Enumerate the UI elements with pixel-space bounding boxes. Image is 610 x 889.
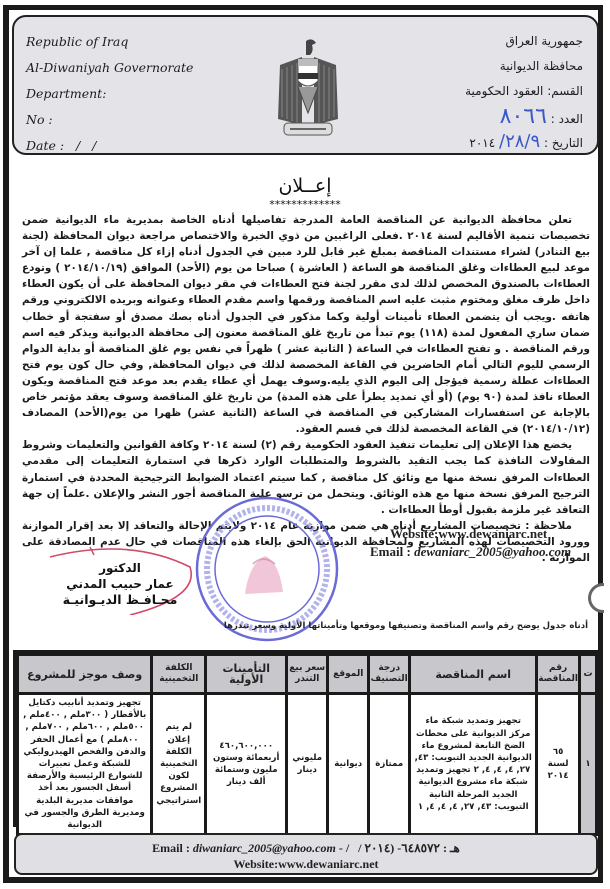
table-caption: أدناه جدول يوضح رقم واسم المناقصة وتصنيف…	[224, 621, 588, 631]
date-label-en: Date : / /	[26, 133, 193, 159]
issue-date: التاريخ : ٢٨/٩/ ٢٠١٤	[465, 129, 583, 154]
cell-serial: ١	[581, 695, 595, 833]
number-label-ar: العدد :	[551, 112, 583, 126]
department-ar: القسم: العقود الحكومية	[465, 79, 583, 104]
country-ar: جمهورية العراق	[465, 29, 583, 54]
table-header-row: ت رقم المناقصة اسم المناقصة درجة التصنيف…	[19, 656, 595, 692]
website-link[interactable]: Website:www.dewaniarc.net	[370, 525, 571, 543]
footer-email-label: Email :	[152, 841, 193, 855]
iraq-emblem-icon	[276, 35, 340, 139]
signature-block: الدكتور عمار حبيب المدني محـافـظ الديـوا…	[55, 560, 185, 608]
col-tender-name: اسم المناقصة	[411, 656, 535, 692]
col-estimated-cost: الكلفة التخمينية	[153, 656, 204, 692]
reference-number: العدد : ٨٠٦٦	[465, 104, 583, 129]
governorate-en: Al-Diwaniyah Governorate	[26, 55, 193, 81]
footer-separator: -	[336, 841, 346, 855]
number-label-en: No :	[26, 107, 193, 133]
tender-table: ت رقم المناقصة اسم المناقصة درجة التصنيف…	[13, 650, 601, 827]
col-location: الموقع	[329, 656, 367, 692]
footer-contact-bar: Email : diwaniarc_2005@yahoo.com - هـ : …	[14, 833, 598, 875]
date-year: ٢٠١٤	[469, 136, 495, 150]
announcement-title: إعــلان	[0, 175, 610, 197]
signatory-title: الدكتور	[55, 560, 185, 576]
country-en: Republic of Iraq	[26, 29, 193, 55]
paragraph-tender-details: تعلن محافظة الديوانية عن المناقصة العامة…	[22, 212, 590, 437]
cell-initial-deposit: ٤٦٠,٦٠٠,٠٠٠ أربعمائة وستون مليون وستمائة…	[207, 695, 285, 833]
department-label-en: Department:	[26, 81, 193, 107]
cell-estimated-cost: لم يتم إعلان الكلفة التخمينية لكون المشر…	[153, 695, 204, 833]
contact-block: Website:www.dewaniarc.net Email : dewani…	[370, 525, 571, 561]
table-row: ١ ٦٥ لسنة ٢٠١٤ تجهيز وتمديد شبكة ماء مرك…	[19, 695, 595, 833]
cell-tender-number: ٦٥ لسنة ٢٠١٤	[538, 695, 578, 833]
cell-classification: ممتازة	[370, 695, 408, 833]
col-tender-number: رقم المناقصة	[538, 656, 578, 692]
email-line: Email : dewaniarc_2005@yahoo.com	[370, 543, 571, 561]
email-link[interactable]: dewaniarc_2005@yahoo.com	[414, 544, 571, 559]
cell-description: تجهيز وتمديد أنابيب دكتايل بالأقطار ( ٣٠…	[19, 695, 150, 833]
letterhead-english: Republic of Iraq Al-Diwaniyah Governorat…	[26, 29, 193, 159]
signatory-name: عمار حبيب المدني	[55, 576, 185, 592]
footer-website-link[interactable]: Website:www.dewaniarc.net	[16, 856, 596, 872]
footer-email-link[interactable]: diwaniarc_2005@yahoo.com	[193, 841, 336, 855]
cell-tender-name: تجهيز وتمديد شبكة ماء مركز الديوانية على…	[411, 695, 535, 833]
footer-line-1: Email : diwaniarc_2005@yahoo.com - هـ : …	[16, 840, 596, 856]
col-serial: ت	[581, 656, 595, 692]
cell-location: ديوانية	[329, 695, 367, 833]
col-classification: درجة التصنيف	[370, 656, 408, 692]
date-label-ar: التاريخ :	[544, 136, 583, 150]
col-description: وصف موجز للمشروع	[19, 656, 150, 692]
letterhead-arabic: جمهورية العراق محافظة الديوانية القسم: ا…	[465, 29, 583, 154]
title-separator: *************	[0, 198, 610, 211]
cell-tender-price: مليوني دينار	[288, 695, 326, 833]
number-value: ٨٠٦٦	[500, 104, 547, 129]
col-tender-price: سعر بيع التندر	[288, 656, 326, 692]
letterhead: Republic of Iraq Al-Diwaniyah Governorat…	[12, 15, 599, 155]
col-initial-deposit: التأمينات الأولية	[207, 656, 285, 692]
date-handwritten: ٢٨/٩/	[499, 131, 540, 152]
governorate-ar: محافظة الديوانية	[465, 54, 583, 79]
signatory-position: محـافـظ الديـوانيـة	[55, 592, 185, 608]
email-label: Email :	[370, 544, 414, 559]
footer-phone: هـ : ٦٤٨٥٧٢- (٢٠١٤ / /	[346, 841, 460, 855]
